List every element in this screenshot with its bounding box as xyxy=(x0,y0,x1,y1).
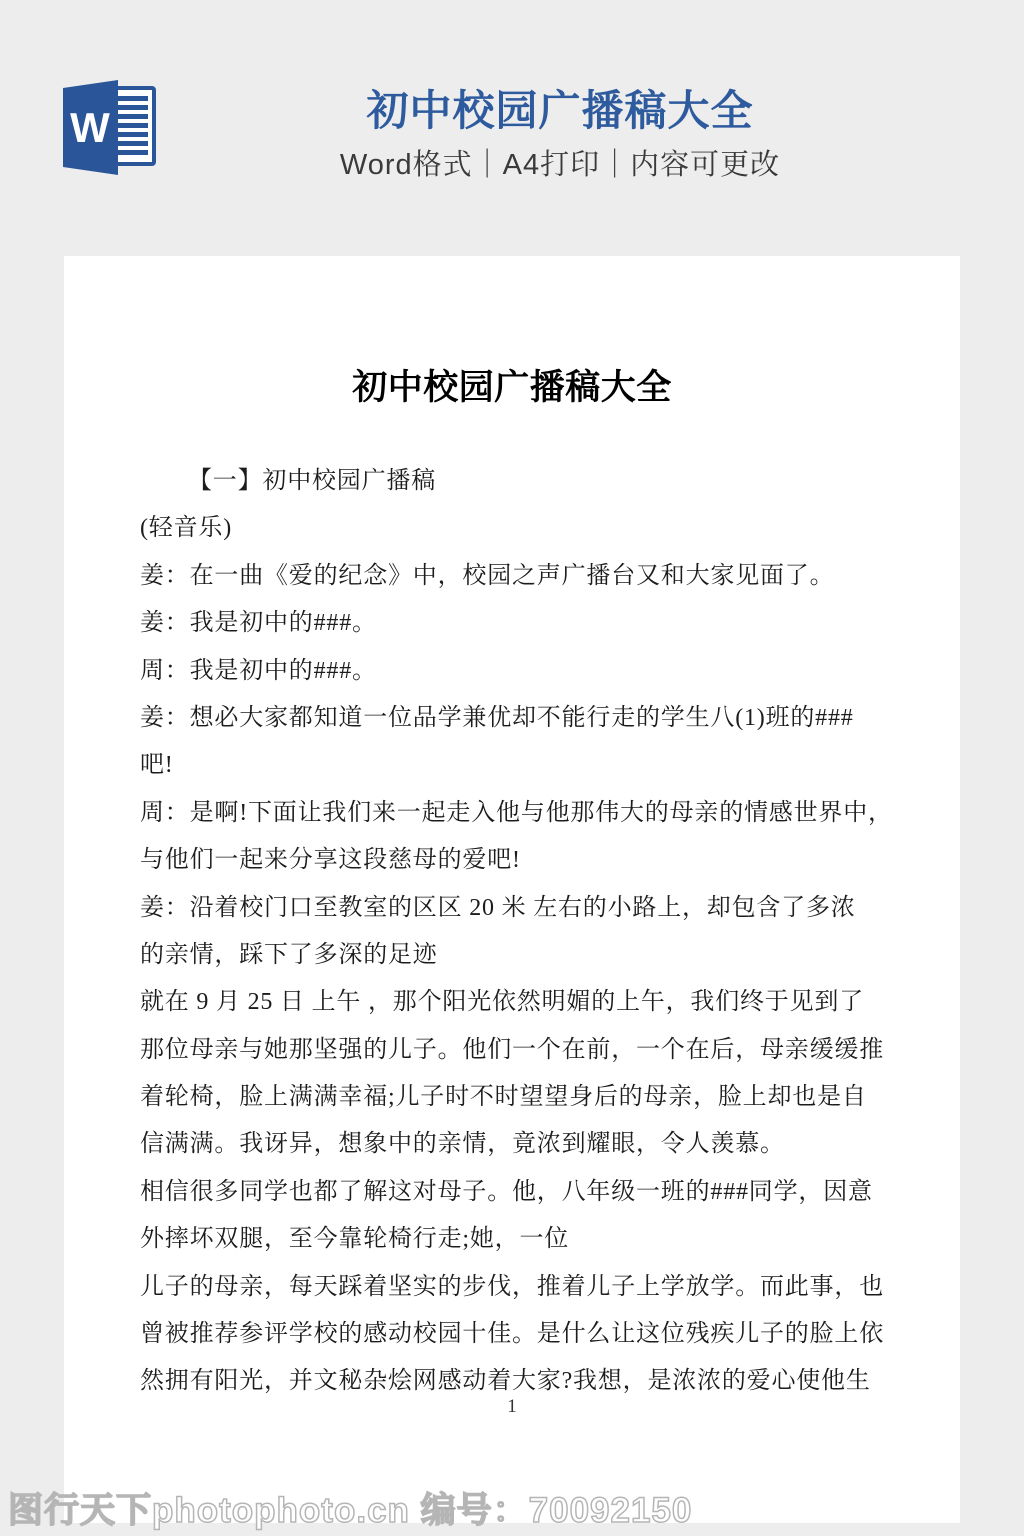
document-line: 姜：我是初中的###。 xyxy=(140,600,884,647)
header: 初中校园广播稿大全 Word格式｜A4打印｜内容可更改 xyxy=(190,86,930,182)
header-subtitle: Word格式｜A4打印｜内容可更改 xyxy=(190,148,930,182)
document-line: 周：是啊!下面让我们来一起走入他与他那伟大的母亲的情感世界中， xyxy=(140,790,884,837)
word-logo-icon: W xyxy=(63,80,158,186)
document-line: 就在 9 月 25 日 上午 ，那个阳光依然明媚的上午，我们终于见到了 xyxy=(140,979,884,1026)
document-line: 着轮椅，脸上满满幸福;儿子时不时望望身后的母亲，脸上却也是自 xyxy=(140,1074,884,1121)
document-line: 姜：沿着校门口至教室的区区 20 米 左右的小路上，却包含了多浓 xyxy=(140,885,884,932)
document-line: 信满满。我讶异，想象中的亲情，竟浓到耀眼，令人羡慕。 xyxy=(140,1121,884,1168)
document-line: 儿子的母亲，每天踩着坚实的步伐，推着儿子上学放学。而此事，也 xyxy=(140,1264,884,1311)
document-line: 【一】初中校园广播稿 xyxy=(140,458,884,505)
document-page: 初中校园广播稿大全 【一】初中校园广播稿(轻音乐)姜：在一曲《爱的纪念》中，校园… xyxy=(64,256,960,1523)
header-title: 初中校园广播稿大全 xyxy=(190,86,930,136)
document-line: 曾被推荐参评学校的感动校园十佳。是什么让这位残疾儿子的脸上依 xyxy=(140,1311,884,1358)
document-body: 【一】初中校园广播稿(轻音乐)姜：在一曲《爱的纪念》中，校园之声广播台又和大家见… xyxy=(140,458,884,1406)
document-line: 周：我是初中的###。 xyxy=(140,648,884,695)
document-line: (轻音乐) xyxy=(140,505,884,552)
document-line: 外摔坏双腿，至今靠轮椅行走;她，一位 xyxy=(140,1216,884,1263)
document-line: 的亲情，踩下了多深的足迹 xyxy=(140,932,884,979)
site-watermark: 图行天下photophoto.cn 编号：70092150 xyxy=(8,1483,692,1533)
document-line: 姜：想必大家都知道一位品学兼优却不能行走的学生八(1)班的### xyxy=(140,695,884,742)
document-line: 那位母亲与她那坚强的儿子。他们一个在前，一个在后，母亲缓缓推 xyxy=(140,1027,884,1074)
document-line: 相信很多同学也都了解这对母子。他，八年级一班的###同学，因意 xyxy=(140,1169,884,1216)
document-title: 初中校园广播稿大全 xyxy=(64,366,960,410)
document-line: 吧! xyxy=(140,742,884,789)
document-line: 姜：在一曲《爱的纪念》中，校园之声广播台又和大家见面了。 xyxy=(140,553,884,600)
svg-text:W: W xyxy=(70,104,110,151)
document-line: 与他们一起来分享这段慈母的爱吧! xyxy=(140,837,884,884)
page-number: 1 xyxy=(64,1396,960,1418)
